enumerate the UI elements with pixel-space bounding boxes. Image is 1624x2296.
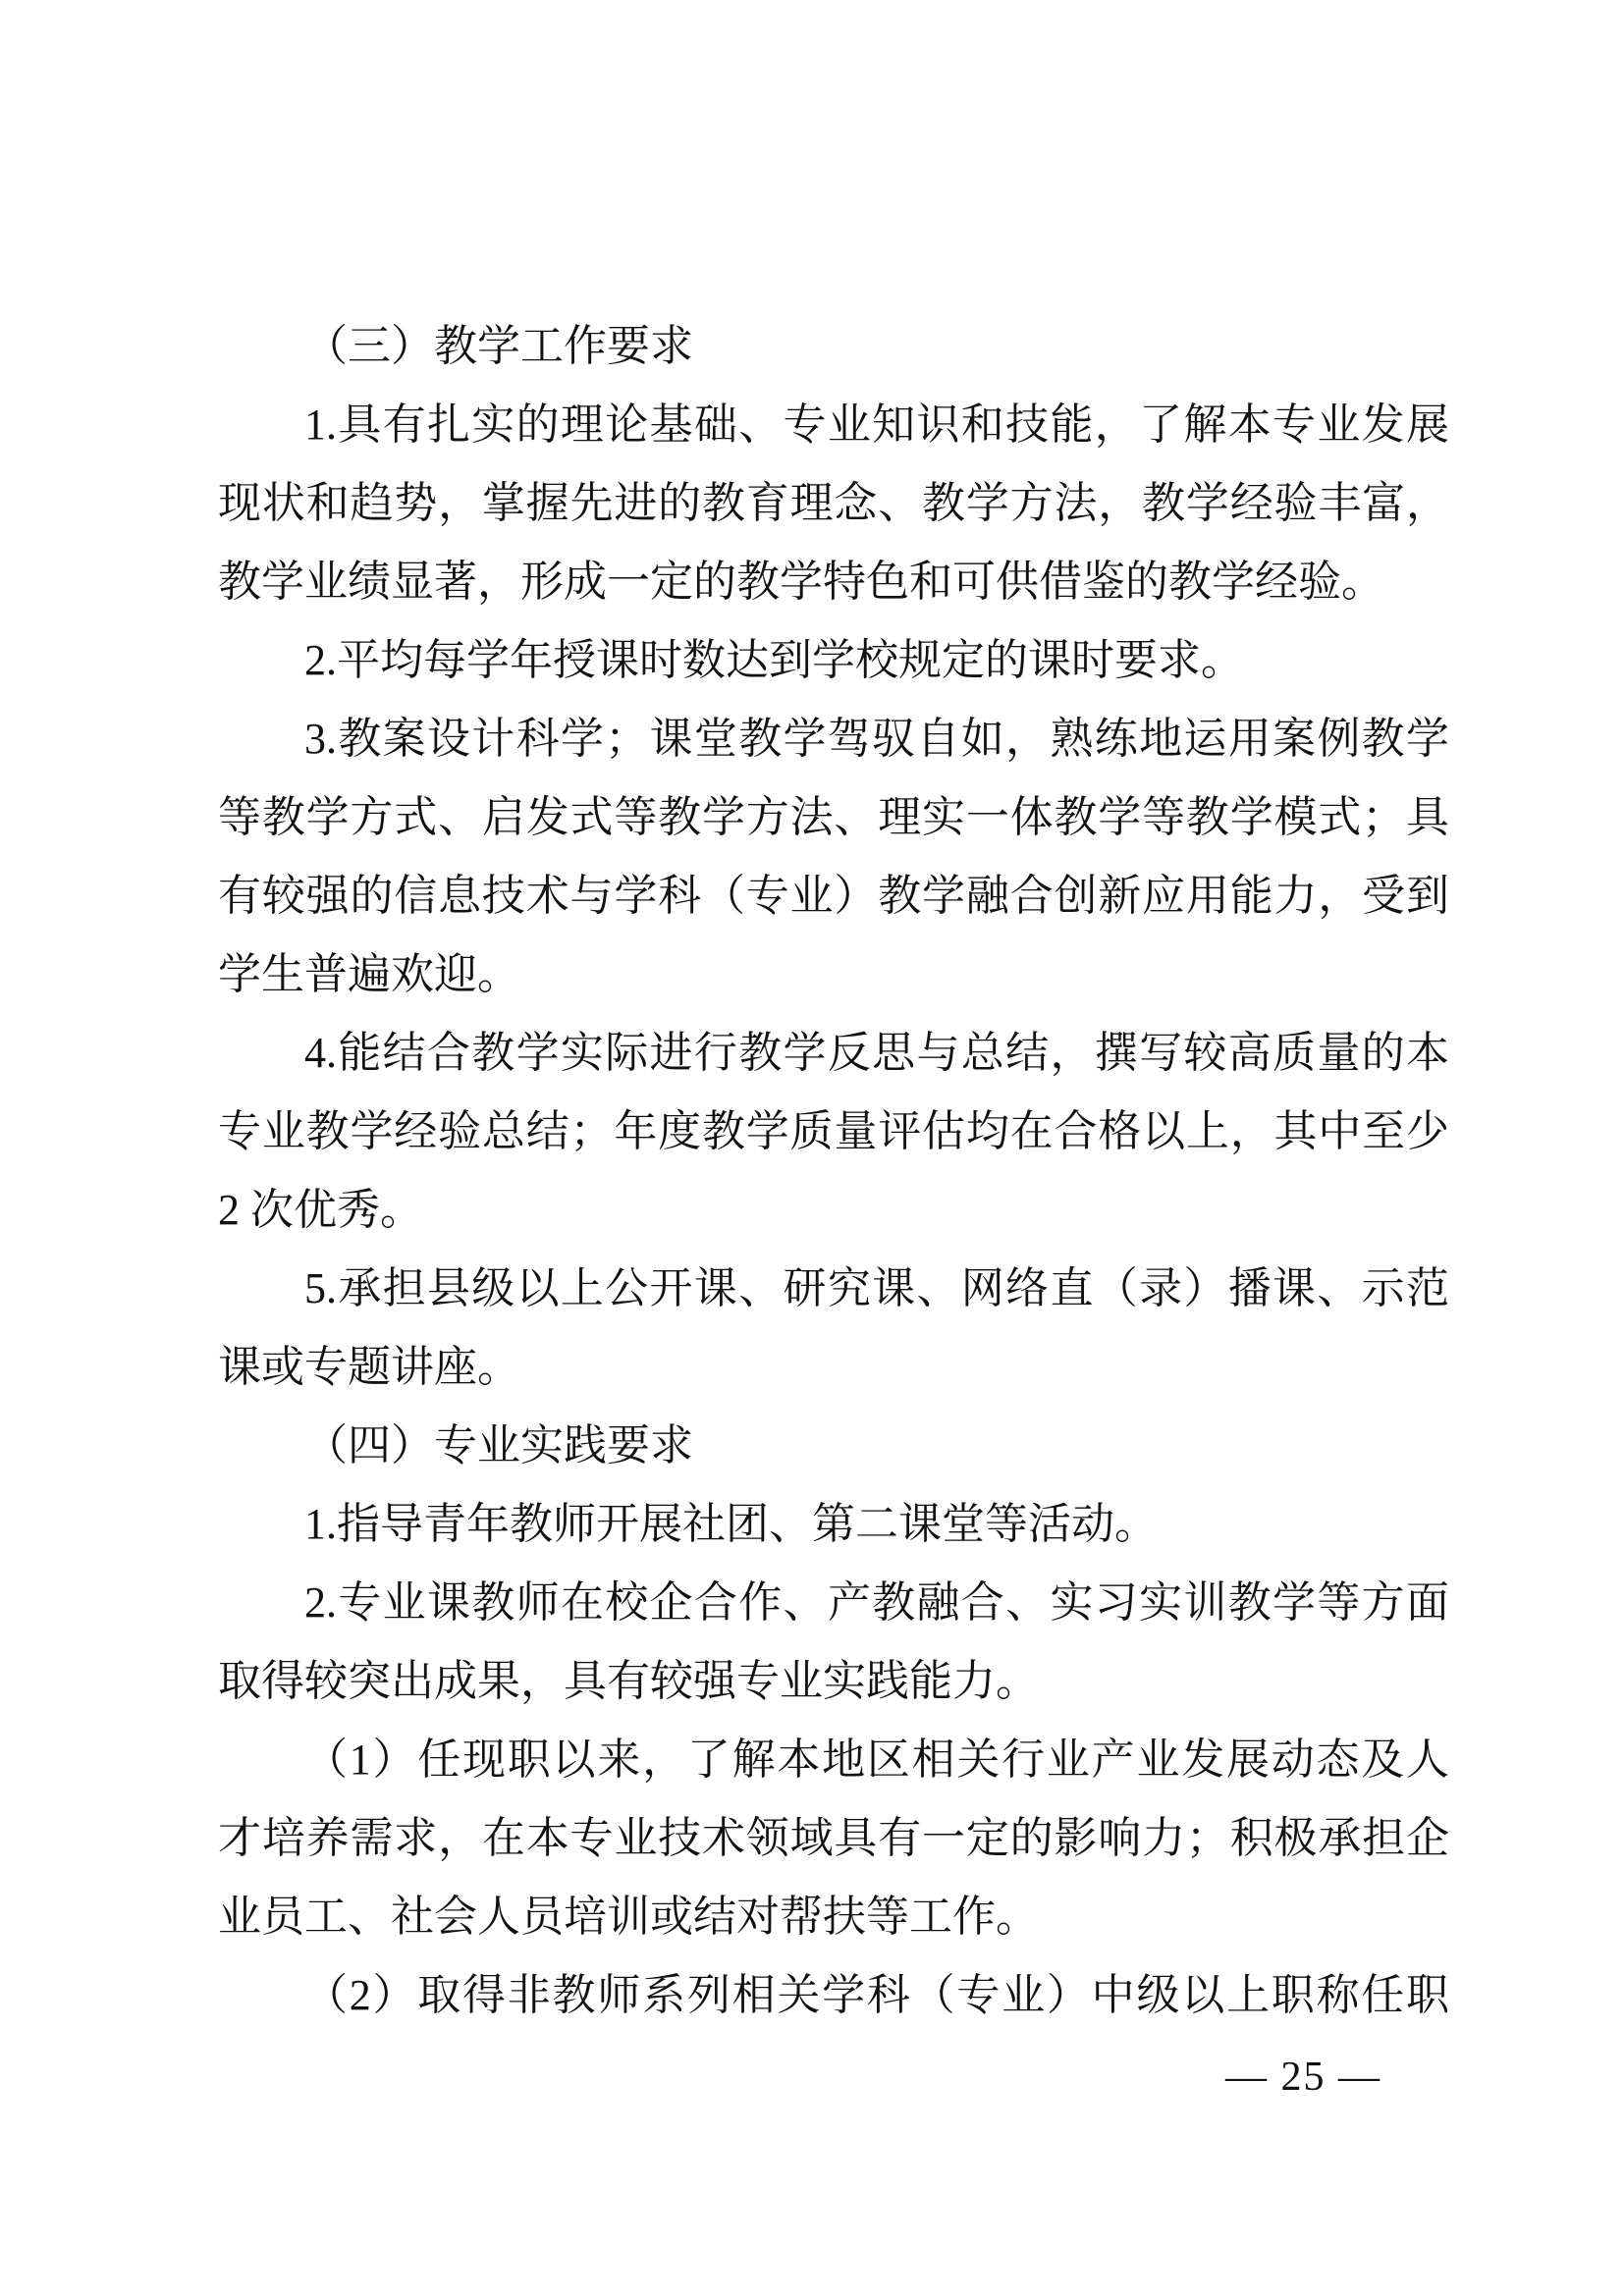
text-line: 业员工、社会人员培训或结对帮扶等工作。 <box>218 1878 1449 1956</box>
text-line: 3.教案设计科学；课堂教学驾驭自如，熟练地运用案例教学 <box>218 700 1449 778</box>
text-line: 有较强的信息技术与学科（专业）教学融合创新应用能力，受到 <box>218 857 1449 935</box>
text-line: 5.承担县级以上公开课、研究课、网络直（录）播课、示范 <box>218 1250 1449 1328</box>
text-line: 1.指导青年教师开展社团、第二课堂等活动。 <box>218 1485 1449 1564</box>
text-line: 取得较突出成果，具有较强专业实践能力。 <box>218 1642 1449 1721</box>
text-line: 2.平均每学年授课时数达到学校规定的课时要求。 <box>218 621 1449 700</box>
text-line: （1）任现职以来，了解本地区相关行业产业发展动态及人 <box>218 1721 1449 1799</box>
text-line: 现状和趋势，掌握先进的教育理念、教学方法，教学经验丰富， <box>218 464 1449 543</box>
text-line: （2）取得非教师系列相关学科（专业）中级以上职称任职 <box>218 1956 1449 2035</box>
page-number: — 25 — <box>1225 2052 1381 2103</box>
text-line: 等教学方式、启发式等教学方法、理实一体教学等教学模式；具 <box>218 778 1449 857</box>
text-line: 专业教学经验总结；年度教学质量评估均在合格以上，其中至少 <box>218 1093 1449 1171</box>
text-line: 教学业绩显著，形成一定的教学特色和可供借鉴的教学经验。 <box>218 543 1449 621</box>
text-line: 学生普遍欢迎。 <box>218 935 1449 1014</box>
section-heading: （四）专业实践要求 <box>218 1407 1449 1485</box>
text-line: 2 次优秀。 <box>218 1171 1449 1250</box>
text-line: 1.具有扎实的理论基础、专业知识和技能，了解本专业发展 <box>218 386 1449 464</box>
text-line: 4.能结合教学实际进行教学反思与总结，撰写较高质量的本 <box>218 1014 1449 1093</box>
text-line: 才培养需求，在本专业技术领域具有一定的影响力；积极承担企 <box>218 1799 1449 1878</box>
text-line: 2.专业课教师在校企合作、产教融合、实习实训教学等方面 <box>218 1564 1449 1642</box>
document-body: （三）教学工作要求1.具有扎实的理论基础、专业知识和技能，了解本专业发展现状和趋… <box>218 307 1449 2035</box>
document-page: （三）教学工作要求1.具有扎实的理论基础、专业知识和技能，了解本专业发展现状和趋… <box>0 0 1624 2296</box>
section-heading: （三）教学工作要求 <box>218 307 1449 386</box>
text-line: 课或专题讲座。 <box>218 1328 1449 1407</box>
